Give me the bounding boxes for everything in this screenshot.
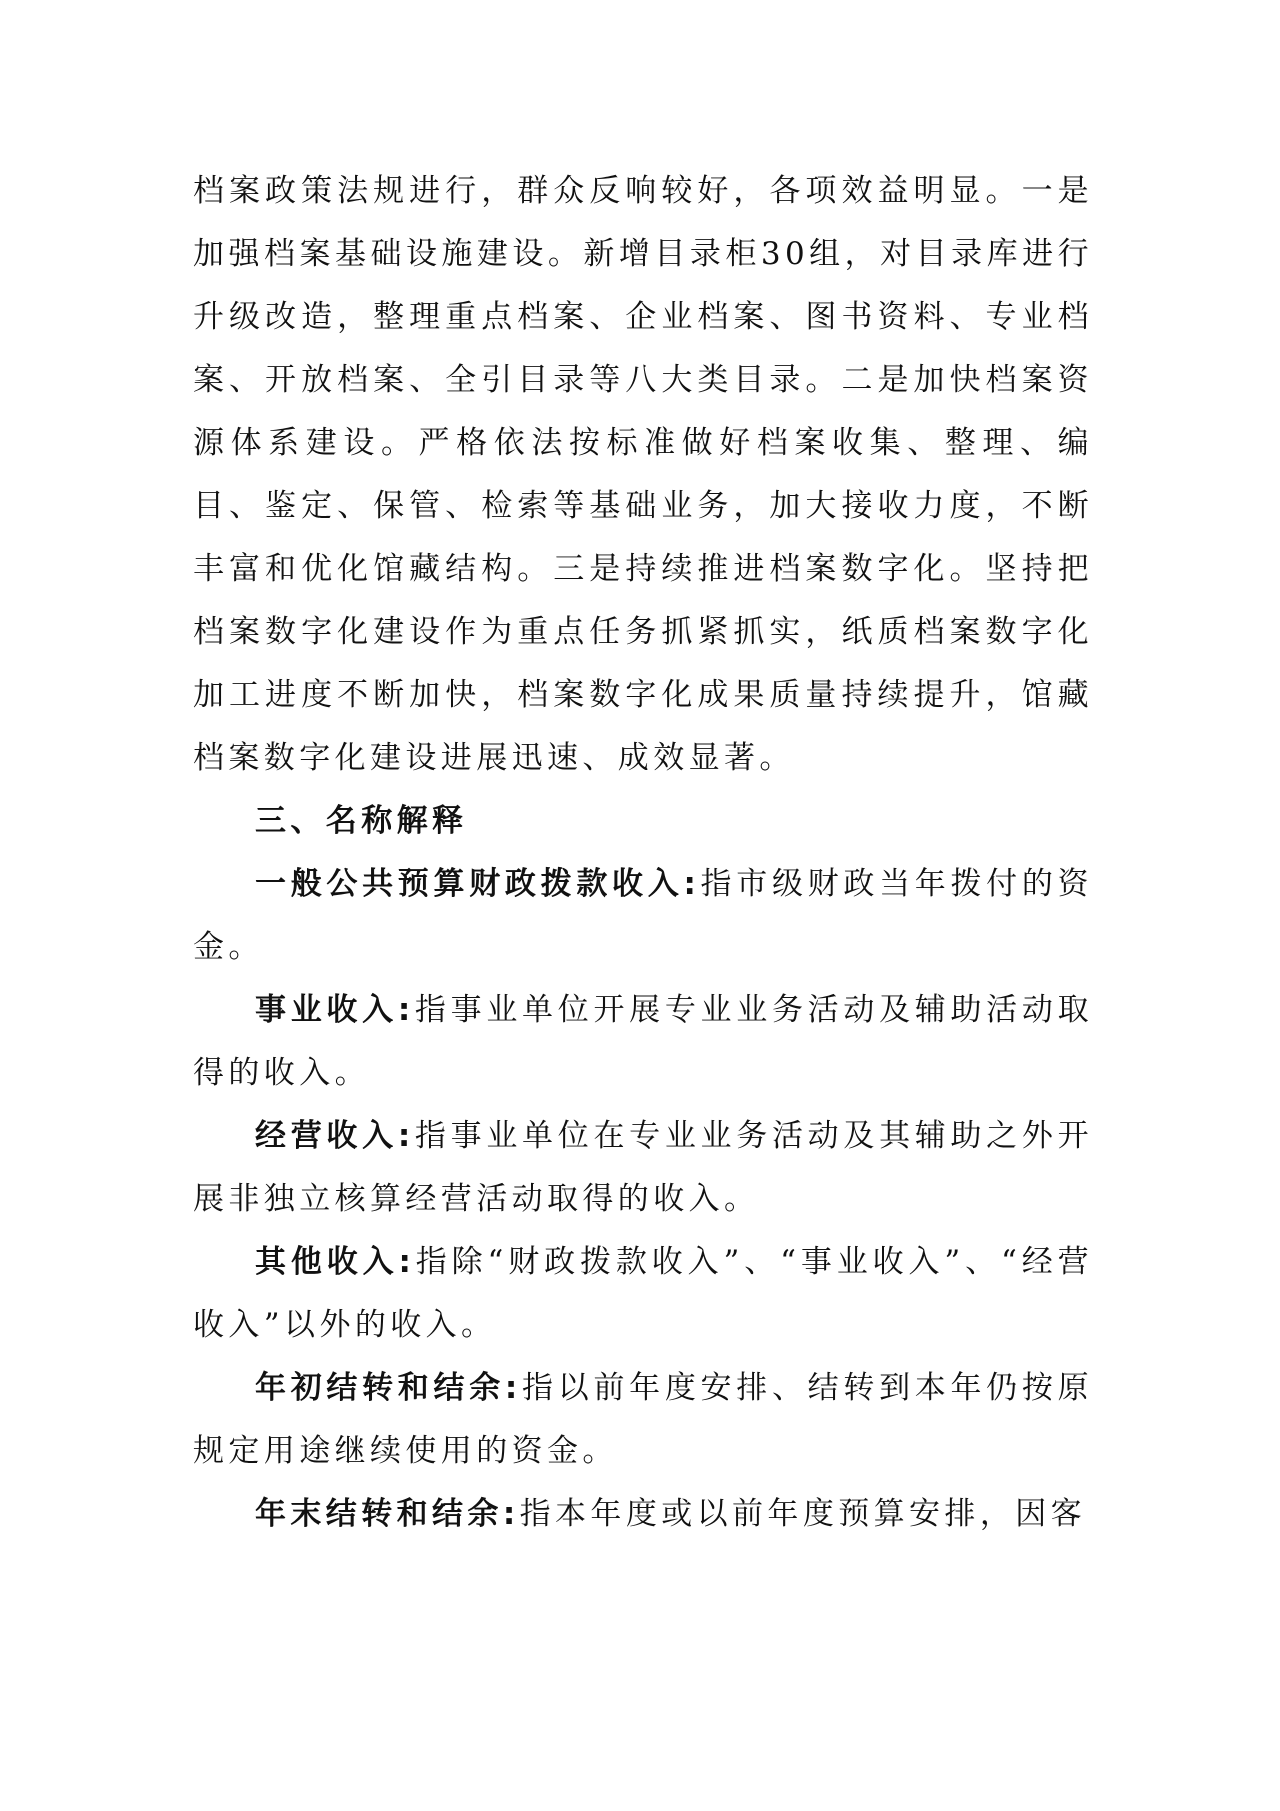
definition-other-income: 其他收入:指除“财政拨款收入”、“事业收入”、“经营收入”以外的收入。: [193, 1231, 1093, 1357]
definition-colon: :: [503, 1496, 520, 1532]
definition-operating-income: 经营收入:指事业单位在专业业务活动及其辅助之外开展非独立核算经营活动取得的收入。: [193, 1105, 1093, 1231]
definition-text: 指本年度或以前年度预算安排，因客: [520, 1496, 1086, 1532]
definition-colon: :: [399, 1244, 416, 1280]
definition-colon: :: [398, 992, 415, 1028]
section-heading: 三、名称解释: [193, 790, 1093, 853]
definition-colon: :: [683, 866, 700, 902]
definition-general-budget: 一般公共预算财政拨款收入:指市级财政当年拨付的资金。: [193, 853, 1093, 979]
definition-opening-carryover: 年初结转和结余:指以前年度安排、结转到本年仍按原规定用途继续使用的资金。: [193, 1357, 1093, 1483]
document-page: 档案政策法规进行，群众反响较好，各项效益明显。一是加强档案基础设施建设。新增目录…: [0, 0, 1280, 1811]
definition-colon: :: [398, 1118, 415, 1154]
definition-term: 事业收入: [255, 992, 398, 1028]
definition-term: 经营收入: [255, 1118, 398, 1154]
definition-term: 其他收入: [255, 1244, 399, 1280]
document-body: 档案政策法规进行，群众反响较好，各项效益明显。一是加强档案基础设施建设。新增目录…: [193, 160, 1093, 1546]
definition-term: 一般公共预算财政拨款收入: [255, 866, 683, 902]
definition-closing-carryover: 年末结转和结余:指本年度或以前年度预算安排，因客: [193, 1483, 1093, 1546]
definition-colon: :: [505, 1370, 522, 1406]
definition-term: 年初结转和结余: [255, 1370, 505, 1406]
definition-term: 年末结转和结余: [255, 1496, 503, 1532]
definition-business-income: 事业收入:指事业单位开展专业业务活动及辅助活动取得的收入。: [193, 979, 1093, 1105]
intro-paragraph: 档案政策法规进行，群众反响较好，各项效益明显。一是加强档案基础设施建设。新增目录…: [193, 160, 1093, 790]
